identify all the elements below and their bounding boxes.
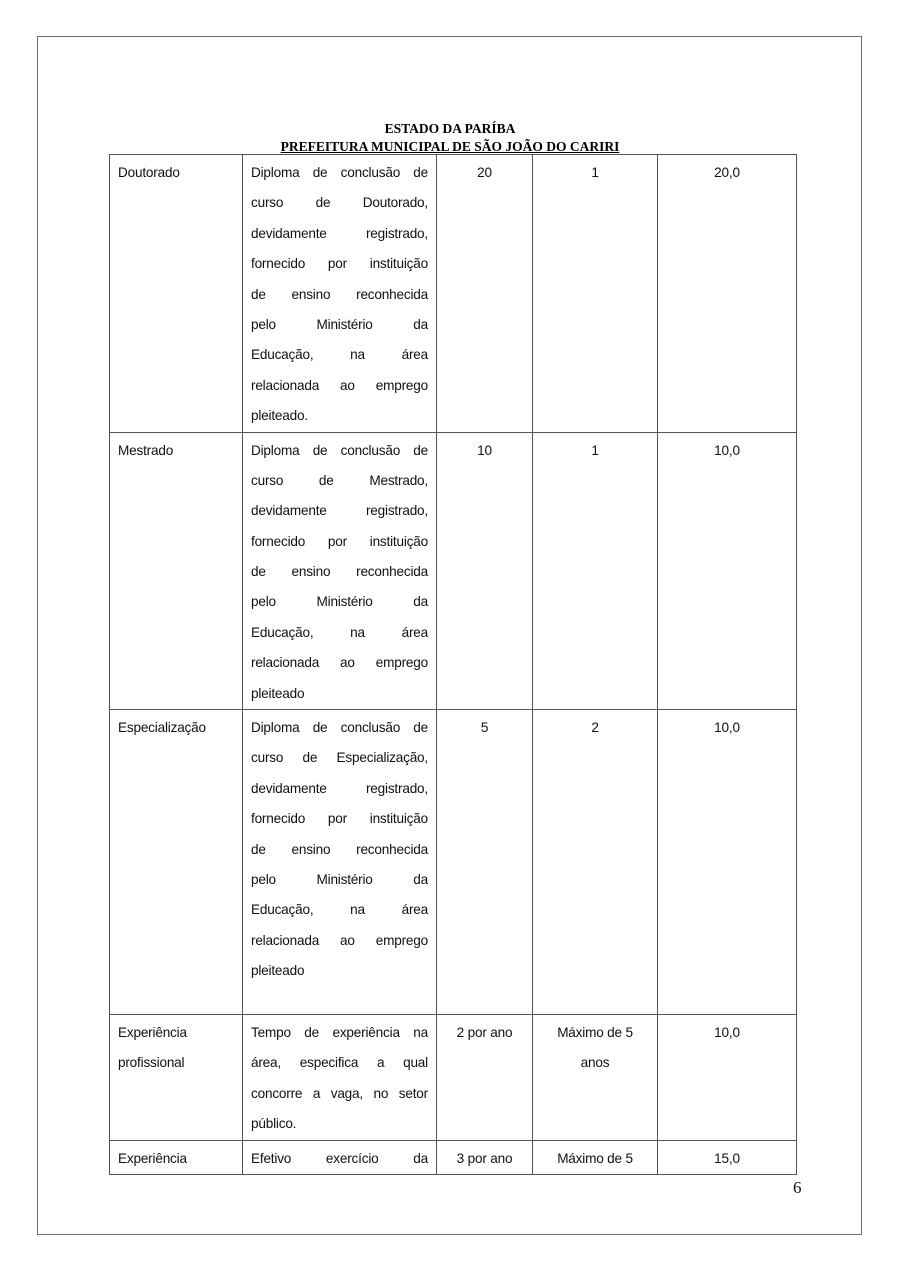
criterion-title-line: Doutorado [118,158,234,188]
criterion-max-score: 10,0 [658,710,797,1015]
criterion-description-line: de ensino reconhecida [251,280,428,310]
criterion-description-line: relacionada ao emprego [251,371,428,401]
criterion-title-line: Mestrado [118,436,234,466]
criterion-quantity: Máximo de 5 [533,1140,658,1174]
table-row: ExperiênciaprofissionalTempo de experiên… [110,1015,797,1141]
criterion-description-line: pleiteado. [251,401,428,431]
criterion-description: Diploma de conclusão decurso de Mestrado… [243,432,437,710]
criterion-points: 10 [437,432,533,710]
criterion-quantity: 1 [533,155,658,433]
criterion-description-line: relacionada ao emprego [251,648,428,678]
criterion-description-line: Diploma de conclusão de [251,158,428,188]
criterion-description-line: devidamente registrado, [251,774,428,804]
criterion-description-line: relacionada ao emprego [251,926,428,956]
criterion-title: Experiência [110,1140,243,1174]
criterion-description-line: curso de Mestrado, [251,466,428,496]
criterion-quantity-line: 1 [541,436,649,466]
criterion-quantity-line: 2 [541,713,649,743]
criterion-quantity: Máximo de 5anos [533,1015,658,1141]
criterion-description-line: curso de Doutorado, [251,188,428,218]
criterion-description: Tempo de experiência naárea, especifica … [243,1015,437,1141]
criterion-description-line: concorre a vaga, no setor [251,1079,428,1109]
criterion-points-line: 10 [445,436,524,466]
criterion-title-line: Experiência [118,1018,234,1048]
criterion-description-line: pelo Ministério da [251,587,428,617]
criterion-points: 3 por ano [437,1140,533,1174]
table-row: DoutoradoDiploma de conclusão decurso de… [110,155,797,433]
criterion-points-line: 20 [445,158,524,188]
criterion-description-line: pelo Ministério da [251,310,428,340]
criterion-quantity: 2 [533,710,658,1015]
criterion-description-line: Educação, na área [251,618,428,648]
header-prefecture: PREFEITURA MUNICIPAL DE SÃO JOÃO DO CARI… [0,139,900,154]
criterion-points-line: 5 [445,713,524,743]
criterion-quantity-line: 1 [541,158,649,188]
criterion-description-line: de ensino reconhecida [251,835,428,865]
criterion-title: Mestrado [110,432,243,710]
criterion-title: Especialização [110,710,243,1015]
criterion-quantity-line: Máximo de 5 [541,1144,649,1174]
criterion-description-line: Diploma de conclusão de [251,713,428,743]
header-state: ESTADO DA PARÍBA [0,121,900,136]
criterion-description-line: Tempo de experiência na [251,1018,428,1048]
criterion-description-line: curso de Especialização, [251,743,428,773]
page-number: 6 [793,1178,802,1198]
criterion-max-score: 15,0 [658,1140,797,1174]
criterion-description-line: pleiteado [251,679,428,709]
criterion-description-line: fornecido por instituição [251,804,428,834]
criterion-description-line: pleiteado [251,956,428,986]
table-row: MestradoDiploma de conclusão decurso de … [110,432,797,710]
criterion-description-line: fornecido por instituição [251,527,428,557]
criterion-title-line: Experiência [118,1144,234,1174]
criterion-description-line: devidamente registrado, [251,496,428,526]
criterion-description-line: de ensino reconhecida [251,557,428,587]
criterion-title-line: Especialização [118,713,234,743]
criterion-description-line: devidamente registrado, [251,219,428,249]
criterion-points-line: 2 por ano [445,1018,524,1048]
criterion-description-line: fornecido por instituição [251,249,428,279]
table-row: EspecializaçãoDiploma de conclusão decur… [110,710,797,1015]
criterion-title: Doutorado [110,155,243,433]
criterion-description: Diploma de conclusão decurso de Especial… [243,710,437,1015]
criterion-quantity: 1 [533,432,658,710]
criterion-title: Experiênciaprofissional [110,1015,243,1141]
criterion-description-line: Diploma de conclusão de [251,436,428,466]
criterion-description: Diploma de conclusão decurso de Doutorad… [243,155,437,433]
criterion-max-score: 10,0 [658,1015,797,1141]
criterion-description-line: Efetivo exercício da [251,1144,428,1174]
criterion-title-line: profissional [118,1048,234,1078]
criterion-description-line: público. [251,1109,428,1139]
criterion-description-line: área, especifica a qual [251,1048,428,1078]
criterion-quantity-line: anos [541,1048,649,1078]
criterion-quantity-line: Máximo de 5 [541,1018,649,1048]
criterion-max-score: 20,0 [658,155,797,433]
score-table: DoutoradoDiploma de conclusão decurso de… [109,154,797,1175]
criterion-points: 5 [437,710,533,1015]
table-row: ExperiênciaEfetivo exercício da3 por ano… [110,1140,797,1174]
criterion-max-score: 10,0 [658,432,797,710]
criterion-description-line: Educação, na área [251,340,428,370]
criterion-description-line: pelo Ministério da [251,865,428,895]
criterion-description: Efetivo exercício da [243,1140,437,1174]
criterion-points-line: 3 por ano [445,1144,524,1174]
criterion-points: 20 [437,155,533,433]
criterion-points: 2 por ano [437,1015,533,1141]
criterion-description-line: Educação, na área [251,895,428,925]
